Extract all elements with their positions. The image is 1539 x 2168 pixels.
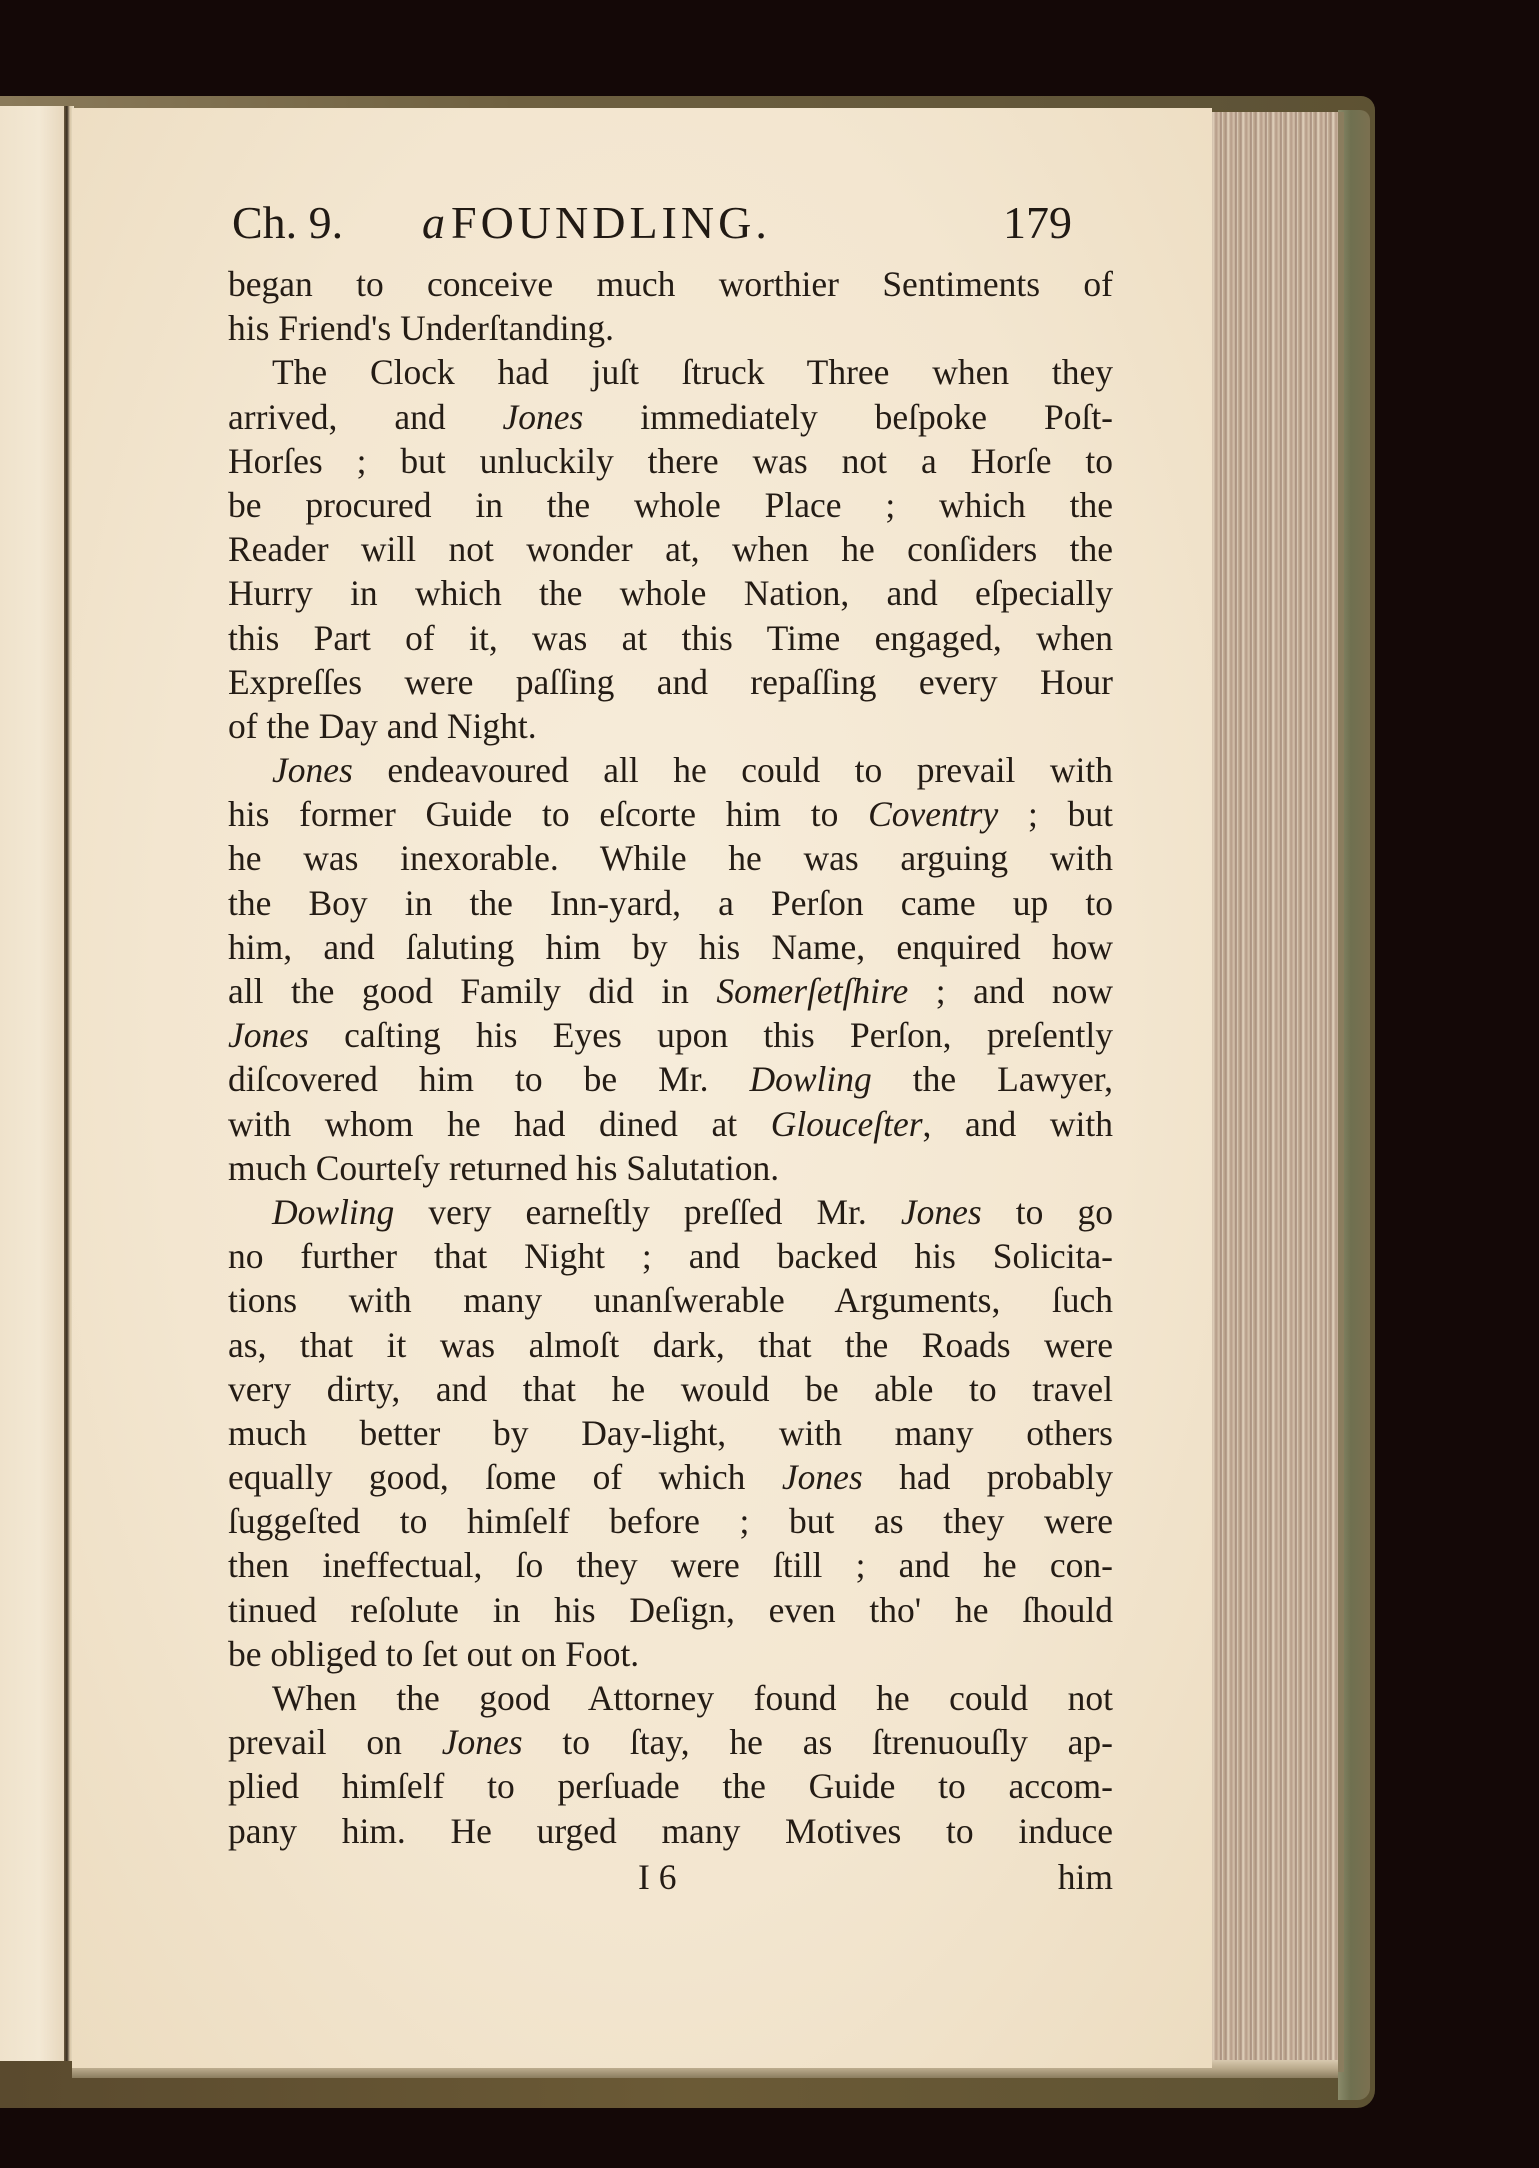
text-line: Horſes ; but unluckily there was not a H…: [228, 439, 1113, 483]
text-line: pany him. He urged many Motives to induc…: [228, 1809, 1113, 1853]
facing-page-left: [0, 106, 66, 2061]
italic-name: Jones: [228, 1015, 309, 1055]
text-line: Reader will not wonder at, when he conſi…: [228, 527, 1113, 571]
italic-name: Jones: [272, 750, 353, 790]
text-line: Dowling very earneſtly preſſed Mr. Jones…: [228, 1190, 1113, 1234]
text-line: of the Day and Night.: [228, 704, 1113, 748]
text-line: be obliged to ſet out on Foot.: [228, 1632, 1113, 1676]
text-line: he was inexorable. While he was arguing …: [228, 836, 1113, 880]
italic-place: Coventry: [868, 794, 998, 834]
page-number: 179: [1003, 196, 1072, 249]
running-title: aFOUNDLING.: [422, 196, 771, 249]
text-line: diſcovered him to be Mr. Dowling the Law…: [228, 1057, 1113, 1101]
page-footer: I 6 him: [228, 1856, 1113, 1904]
text-line: all the good Family did in Somerſetſhire…: [228, 969, 1113, 1013]
text-line: tinued reſolute in his Deſign, even tho'…: [228, 1588, 1113, 1632]
running-title-prefix: a: [422, 197, 445, 248]
text-line: began to conceive much worthier Sentimen…: [228, 262, 1113, 306]
text-line: this Part of it, was at this Time engage…: [228, 616, 1113, 660]
text-line: much Courteſy returned his Salutation.: [228, 1146, 1113, 1190]
text-line: Hurry in which the whole Nation, and eſp…: [228, 571, 1113, 615]
text-line: much better by Day-light, with many othe…: [228, 1411, 1113, 1455]
italic-name: Jones: [901, 1192, 982, 1232]
text-line: arrived, and Jones immediately beſpoke P…: [228, 395, 1113, 439]
italic-place: Glouceſter: [771, 1104, 923, 1144]
running-title-text: FOUNDLING.: [451, 197, 771, 248]
italic-name: Dowling: [749, 1059, 871, 1099]
text-line: When the good Attorney found he could no…: [228, 1676, 1113, 1720]
italic-name: Jones: [782, 1457, 863, 1497]
text-line: plied himſelf to perſuade the Guide to a…: [228, 1764, 1113, 1808]
text-line: him, and ſaluting him by his Name, enqui…: [228, 925, 1113, 969]
text-line: tions with many unanſwerable Arguments, …: [228, 1278, 1113, 1322]
text-line: be procured in the whole Place ; which t…: [228, 483, 1113, 527]
text-line: Jones endeavoured all he could to prevai…: [228, 748, 1113, 792]
text-line: The Clock had juſt ſtruck Three when the…: [228, 350, 1113, 394]
text-line: ſuggeſted to himſelf before ; but as the…: [228, 1499, 1113, 1543]
page-block-edges: [1208, 112, 1344, 2072]
text-line: then ineffectual, ſo they were ſtill ; a…: [228, 1543, 1113, 1587]
running-head: Ch. 9. aFOUNDLING. 179: [232, 196, 1072, 256]
italic-name: Dowling: [272, 1192, 394, 1232]
text-line: no further that Night ; and backed his S…: [228, 1234, 1113, 1278]
signature-mark: I 6: [638, 1856, 676, 1898]
text-line: with whom he had dined at Glouceſter, an…: [228, 1102, 1113, 1146]
text-line: the Boy in the Inn-yard, a Perſon came u…: [228, 881, 1113, 925]
text-line: prevail on Jones to ſtay, he as ſtrenuou…: [228, 1720, 1113, 1764]
catchword: him: [1058, 1856, 1113, 1898]
text-line: equally good, ſome of which Jones had pr…: [228, 1455, 1113, 1499]
text-line: Jones caſting his Eyes upon this Perſon,…: [228, 1013, 1113, 1057]
text-line: as, that it was almoſt dark, that the Ro…: [228, 1323, 1113, 1367]
text-line: Expreſſes were paſſing and repaſſing eve…: [228, 660, 1113, 704]
text-line: very dirty, and that he would be able to…: [228, 1367, 1113, 1411]
chapter-label: Ch. 9.: [232, 196, 343, 249]
italic-name: Jones: [442, 1722, 523, 1762]
italic-name: Jones: [503, 397, 584, 437]
body-text: began to conceive much worthier Sentimen…: [228, 262, 1113, 1853]
text-line: his Friend's Underſtanding.: [228, 306, 1113, 350]
italic-place: Somerſetſhire: [716, 971, 908, 1011]
text-line: his former Guide to eſcorte him to Coven…: [228, 792, 1113, 836]
